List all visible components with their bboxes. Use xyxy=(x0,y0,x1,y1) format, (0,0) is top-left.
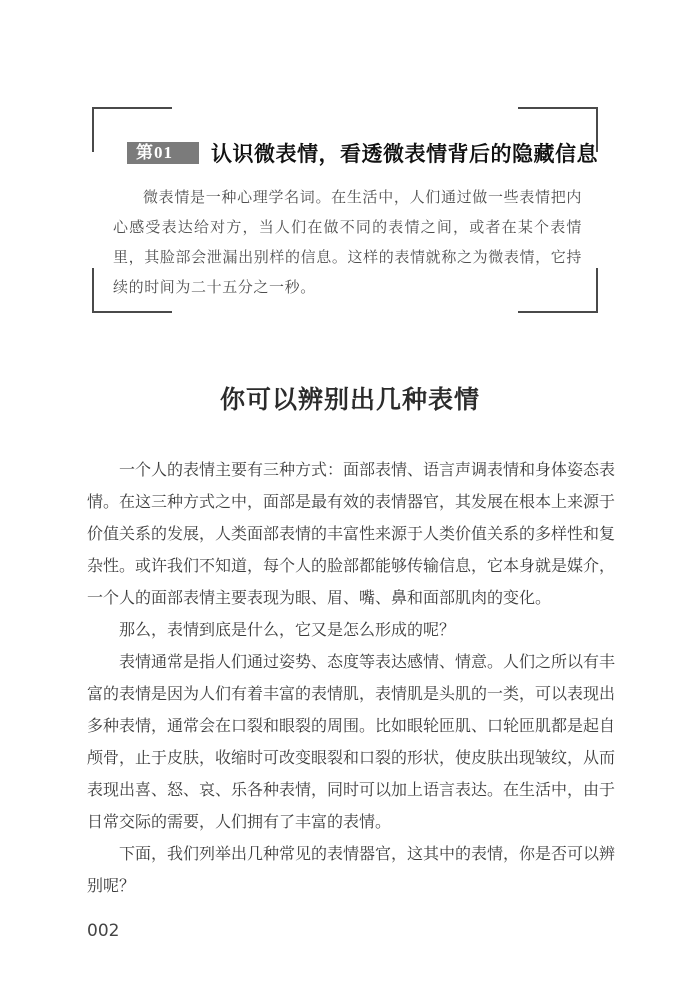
chapter-intro-text: 微表情是一种心理学名词。在生活中，人们通过做一些表情把内心感受表达给对方，当人们… xyxy=(113,183,582,303)
chapter-number-badge: 第01章 xyxy=(127,142,199,164)
body-paragraph: 那么，表情到底是什么，它又是怎么形成的呢？ xyxy=(87,615,615,647)
chapter-intro-box: 第01章 认识微表情，看透微表情背后的隐藏信息 微表情是一种心理学名词。在生活中… xyxy=(92,107,598,313)
page-number: 002 xyxy=(87,920,119,942)
body-text-block: 一个人的表情主要有三种方式：面部表情、语言声调表情和身体姿态表情。在这三种方式之… xyxy=(87,455,615,903)
chapter-header: 第01章 认识微表情，看透微表情背后的隐藏信息 xyxy=(127,138,598,168)
chapter-title: 认识微表情，看透微表情背后的隐藏信息 xyxy=(211,138,598,168)
section-title: 你可以辨别出几种表情 xyxy=(0,383,700,417)
body-paragraph: 下面，我们列举出几种常见的表情器官，这其中的表情，你是否可以辨别呢？ xyxy=(87,839,615,903)
book-page: 第01章 认识微表情，看透微表情背后的隐藏信息 微表情是一种心理学名词。在生活中… xyxy=(0,0,700,987)
body-paragraph: 一个人的表情主要有三种方式：面部表情、语言声调表情和身体姿态表情。在这三种方式之… xyxy=(87,455,615,615)
body-paragraph: 表情通常是指人们通过姿势、态度等表达感情、情意。人们之所以有丰富的表情是因为人们… xyxy=(87,647,615,839)
